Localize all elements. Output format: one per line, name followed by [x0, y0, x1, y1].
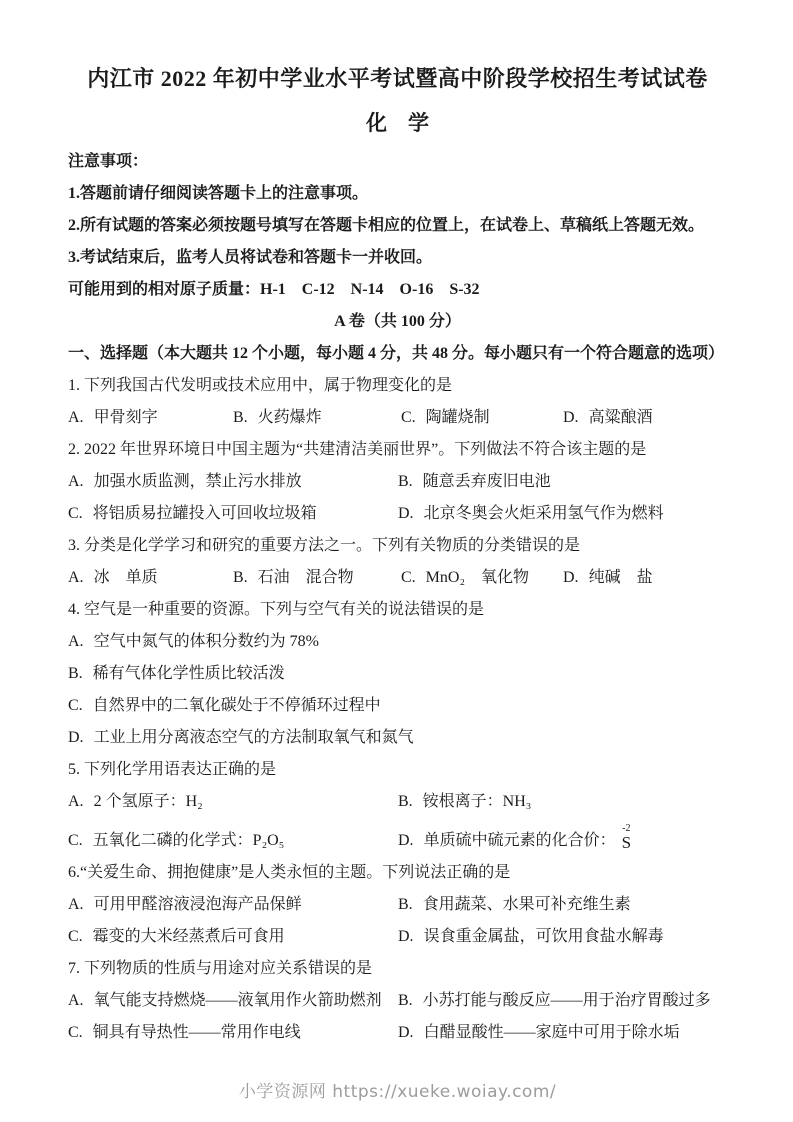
- question-1-option-c: C. 陶罐烧制: [401, 408, 563, 428]
- question-2-options-row-2: C. 将铝质易拉罐投入可回收垃圾箱 D. 北京冬奥会火炬采用氢气作为燃料: [68, 504, 727, 524]
- question-5-options-row-1: A. 2 个氢原子：H₂ B. 铵根离子：NH₃: [68, 792, 727, 812]
- atomic-masses-line: 可能用到的相对原子质量：H-1 C-12 N-14 O-16 S-32: [68, 280, 727, 300]
- question-4-option-b: B. 稀有气体化学性质比较活泼: [68, 664, 727, 684]
- option-label: A.: [68, 792, 84, 812]
- option-label: C.: [401, 568, 416, 588]
- question-7-option-d: D. 白醋显酸性——家庭中可用于除水垢: [398, 1023, 727, 1043]
- option-label: B.: [233, 568, 248, 588]
- question-5-option-a: A. 2 个氢原子：H₂: [68, 792, 398, 812]
- option-text: 冰 单质: [94, 568, 158, 588]
- option-text: 火药爆炸: [258, 408, 322, 428]
- question-5-option-c: C. 五氧化二磷的化学式：P₂O₅: [68, 824, 398, 851]
- subject-title: 化 学: [68, 108, 727, 138]
- question-4-option-c: C. 自然界中的二氧化碳处于不停循环过程中: [68, 696, 727, 716]
- element-symbol: S: [622, 834, 631, 851]
- question-2-options-row-1: A. 加强水质监测，禁止污水排放 B. 随意丢弃废旧电池: [68, 472, 727, 492]
- option-label: A.: [68, 991, 84, 1011]
- question-2-option-c: C. 将铝质易拉罐投入可回收垃圾箱: [68, 504, 398, 524]
- notice-item-3: 3.考试结束后，监考人员将试卷和答题卡一并收回。: [68, 248, 727, 268]
- option-label: C.: [68, 696, 83, 716]
- option-label: D.: [563, 408, 579, 428]
- option-label: D.: [398, 1023, 414, 1043]
- option-text: 氧气能支持燃烧——液氧用作火箭助燃剂: [94, 991, 382, 1011]
- option-text: 北京冬奥会火炬采用氢气作为燃料: [424, 504, 664, 524]
- question-5-option-d: D. 单质硫中硫元素的化合价： -2 S: [398, 824, 727, 851]
- question-5-stem: 5. 下列化学用语表达正确的是: [68, 760, 727, 780]
- option-text: 石油 混合物: [258, 568, 354, 588]
- option-text: 随意丢弃废旧电池: [423, 472, 551, 492]
- question-4-stem: 4. 空气是一种重要的资源。下列与空气有关的说法错误的是: [68, 600, 727, 620]
- question-7-option-a: A. 氧气能支持燃烧——液氧用作火箭助燃剂: [68, 991, 398, 1011]
- question-1-option-b: B. 火药爆炸: [233, 408, 401, 428]
- option-label: D.: [68, 728, 84, 748]
- option-label: B.: [398, 991, 413, 1011]
- notice-item-2: 2.所有试题的答案必须按题号填写在答题卡相应的位置上，在试卷上、草稿纸上答题无效…: [68, 216, 727, 236]
- question-4-option-d: D. 工业上用分离液态空气的方法制取氧气和氮气: [68, 728, 727, 748]
- question-3-options: A. 冰 单质 B. 石油 混合物 C. MnO₂ 氧化物 D. 纯碱 盐: [68, 568, 727, 588]
- question-7-stem: 7. 下列物质的性质与用途对应关系错误的是: [68, 959, 727, 979]
- option-text: 食用蔬菜、水果可补充维生素: [423, 895, 631, 915]
- option-text: 纯碱 盐: [589, 568, 653, 588]
- option-text: 将铝质易拉罐投入可回收垃圾箱: [93, 504, 317, 524]
- question-2-stem: 2. 2022 年世界环境日中国主题为“共建清洁美丽世界”。下列做法不符合该主题…: [68, 440, 727, 460]
- notice-section: 注意事项： 1.答题前请仔细阅读答题卡上的注意事项。 2.所有试题的答案必须按题…: [68, 152, 727, 300]
- section-a-heading: A 卷（共 100 分）: [68, 312, 727, 332]
- option-text: 铜具有导热性——常用作电线: [93, 1023, 301, 1043]
- question-2-option-b: B. 随意丢弃废旧电池: [398, 472, 727, 492]
- option-label: B.: [398, 792, 413, 812]
- question-1: 1. 下列我国古代发明或技术应用中，属于物理变化的是 A. 甲骨刻字 B. 火药…: [68, 376, 727, 428]
- option-label: A.: [68, 408, 84, 428]
- question-6-option-c: C. 霉变的大米经蒸煮后可食用: [68, 927, 398, 947]
- question-5: 5. 下列化学用语表达正确的是 A. 2 个氢原子：H₂ B. 铵根离子：NH₃…: [68, 760, 727, 851]
- option-label: D.: [398, 831, 414, 851]
- option-text: 陶罐烧制: [426, 408, 490, 428]
- question-1-option-a: A. 甲骨刻字: [68, 408, 233, 428]
- question-7: 7. 下列物质的性质与用途对应关系错误的是 A. 氧气能支持燃烧——液氧用作火箭…: [68, 959, 727, 1043]
- question-4-option-a: A. 空气中氮气的体积分数约为 78%: [68, 632, 727, 652]
- question-3-stem: 3. 分类是化学学习和研究的重要方法之一。下列有关物质的分类错误的是: [68, 536, 727, 556]
- question-1-option-d: D. 高粱酿酒: [563, 408, 727, 428]
- question-5-option-b: B. 铵根离子：NH₃: [398, 792, 727, 812]
- watermark-footer: 小学资源网 https://xueke.woiay.com/: [68, 1077, 727, 1102]
- notice-item-1: 1.答题前请仔细阅读答题卡上的注意事项。: [68, 184, 727, 204]
- question-6: 6.“关爱生命、拥抱健康”是人类永恒的主题。下列说法正确的是 A. 可用甲醛溶液…: [68, 863, 727, 947]
- option-text: 2 个氢原子：H₂: [94, 792, 203, 812]
- option-label: C.: [401, 408, 416, 428]
- question-2-option-d: D. 北京冬奥会火炬采用氢气作为燃料: [398, 504, 727, 524]
- option-text: 空气中氮气的体积分数约为 78%: [94, 632, 319, 652]
- option-text: 甲骨刻字: [94, 408, 158, 428]
- option-label: B.: [398, 472, 413, 492]
- option-text: 小苏打能与酸反应——用于治疗胃酸过多: [423, 991, 711, 1011]
- exam-paper-page: 内江市 2022 年初中学业水平考试暨高中阶段学校招生考试试卷 化 学 注意事项…: [0, 0, 793, 1122]
- question-7-options-row-2: C. 铜具有导热性——常用作电线 D. 白醋显酸性——家庭中可用于除水垢: [68, 1023, 727, 1043]
- option-text: 误食重金属盐，可饮用食盐水解毒: [424, 927, 664, 947]
- option-label: B.: [398, 895, 413, 915]
- question-3-option-a: A. 冰 单质: [68, 568, 233, 588]
- question-6-option-a: A. 可用甲醛溶液浸泡海产品保鲜: [68, 895, 398, 915]
- question-3-option-b: B. 石油 混合物: [233, 568, 401, 588]
- question-6-options-row-1: A. 可用甲醛溶液浸泡海产品保鲜 B. 食用蔬菜、水果可补充维生素: [68, 895, 727, 915]
- option-label: C.: [68, 831, 83, 851]
- option-text: 单质硫中硫元素的化合价：: [424, 831, 616, 851]
- option-label: C.: [68, 504, 83, 524]
- option-text: 五氧化二磷的化学式：P₂O₅: [93, 831, 285, 851]
- question-7-option-c: C. 铜具有导热性——常用作电线: [68, 1023, 398, 1043]
- option-text: 稀有气体化学性质比较活泼: [93, 664, 285, 684]
- option-label: B.: [233, 408, 248, 428]
- question-5-options-row-2: C. 五氧化二磷的化学式：P₂O₅ D. 单质硫中硫元素的化合价： -2 S: [68, 824, 727, 851]
- option-text: 白醋显酸性——家庭中可用于除水垢: [424, 1023, 680, 1043]
- question-2-option-a: A. 加强水质监测，禁止污水排放: [68, 472, 398, 492]
- option-text: MnO₂ 氧化物: [426, 568, 529, 588]
- option-label: C.: [68, 1023, 83, 1043]
- option-text: 霉变的大米经蒸煮后可食用: [93, 927, 285, 947]
- question-6-option-b: B. 食用蔬菜、水果可补充维生素: [398, 895, 727, 915]
- question-7-options-row-1: A. 氧气能支持燃烧——液氧用作火箭助燃剂 B. 小苏打能与酸反应——用于治疗胃…: [68, 991, 727, 1011]
- option-label: A.: [68, 895, 84, 915]
- page-title: 内江市 2022 年初中学业水平考试暨高中阶段学校招生考试试卷: [68, 64, 727, 94]
- option-label: A.: [68, 632, 84, 652]
- question-1-options: A. 甲骨刻字 B. 火药爆炸 C. 陶罐烧制 D. 高粱酿酒: [68, 408, 727, 428]
- question-6-options-row-2: C. 霉变的大米经蒸煮后可食用 D. 误食重金属盐，可饮用食盐水解毒: [68, 927, 727, 947]
- question-7-option-b: B. 小苏打能与酸反应——用于治疗胃酸过多: [398, 991, 727, 1011]
- question-4: 4. 空气是一种重要的资源。下列与空气有关的说法错误的是 A. 空气中氮气的体积…: [68, 600, 727, 748]
- option-text: 加强水质监测，禁止污水排放: [94, 472, 302, 492]
- notice-heading: 注意事项：: [68, 152, 727, 172]
- option-text: 自然界中的二氧化碳处于不停循环过程中: [93, 696, 381, 716]
- option-label: A.: [68, 472, 84, 492]
- option-label: D.: [398, 504, 414, 524]
- option-text: 工业上用分离液态空气的方法制取氧气和氮气: [94, 728, 414, 748]
- part1-heading: 一、选择题（本大题共 12 个小题，每小题 4 分，共 48 分。每小题只有一个…: [68, 344, 727, 364]
- question-6-stem: 6.“关爱生命、拥抱健康”是人类永恒的主题。下列说法正确的是: [68, 863, 727, 883]
- sulfur-valence-notation: -2 S: [622, 824, 631, 851]
- option-label: C.: [68, 927, 83, 947]
- option-text: 可用甲醛溶液浸泡海产品保鲜: [94, 895, 302, 915]
- option-label: A.: [68, 568, 84, 588]
- question-6-option-d: D. 误食重金属盐，可饮用食盐水解毒: [398, 927, 727, 947]
- question-1-stem: 1. 下列我国古代发明或技术应用中，属于物理变化的是: [68, 376, 727, 396]
- option-label: B.: [68, 664, 83, 684]
- option-text: 高粱酿酒: [589, 408, 653, 428]
- question-3-option-c: C. MnO₂ 氧化物: [401, 568, 563, 588]
- option-text: 铵根离子：NH₃: [423, 792, 532, 812]
- question-3-option-d: D. 纯碱 盐: [563, 568, 727, 588]
- option-label: D.: [563, 568, 579, 588]
- option-label: D.: [398, 927, 414, 947]
- question-3: 3. 分类是化学学习和研究的重要方法之一。下列有关物质的分类错误的是 A. 冰 …: [68, 536, 727, 588]
- question-2: 2. 2022 年世界环境日中国主题为“共建清洁美丽世界”。下列做法不符合该主题…: [68, 440, 727, 524]
